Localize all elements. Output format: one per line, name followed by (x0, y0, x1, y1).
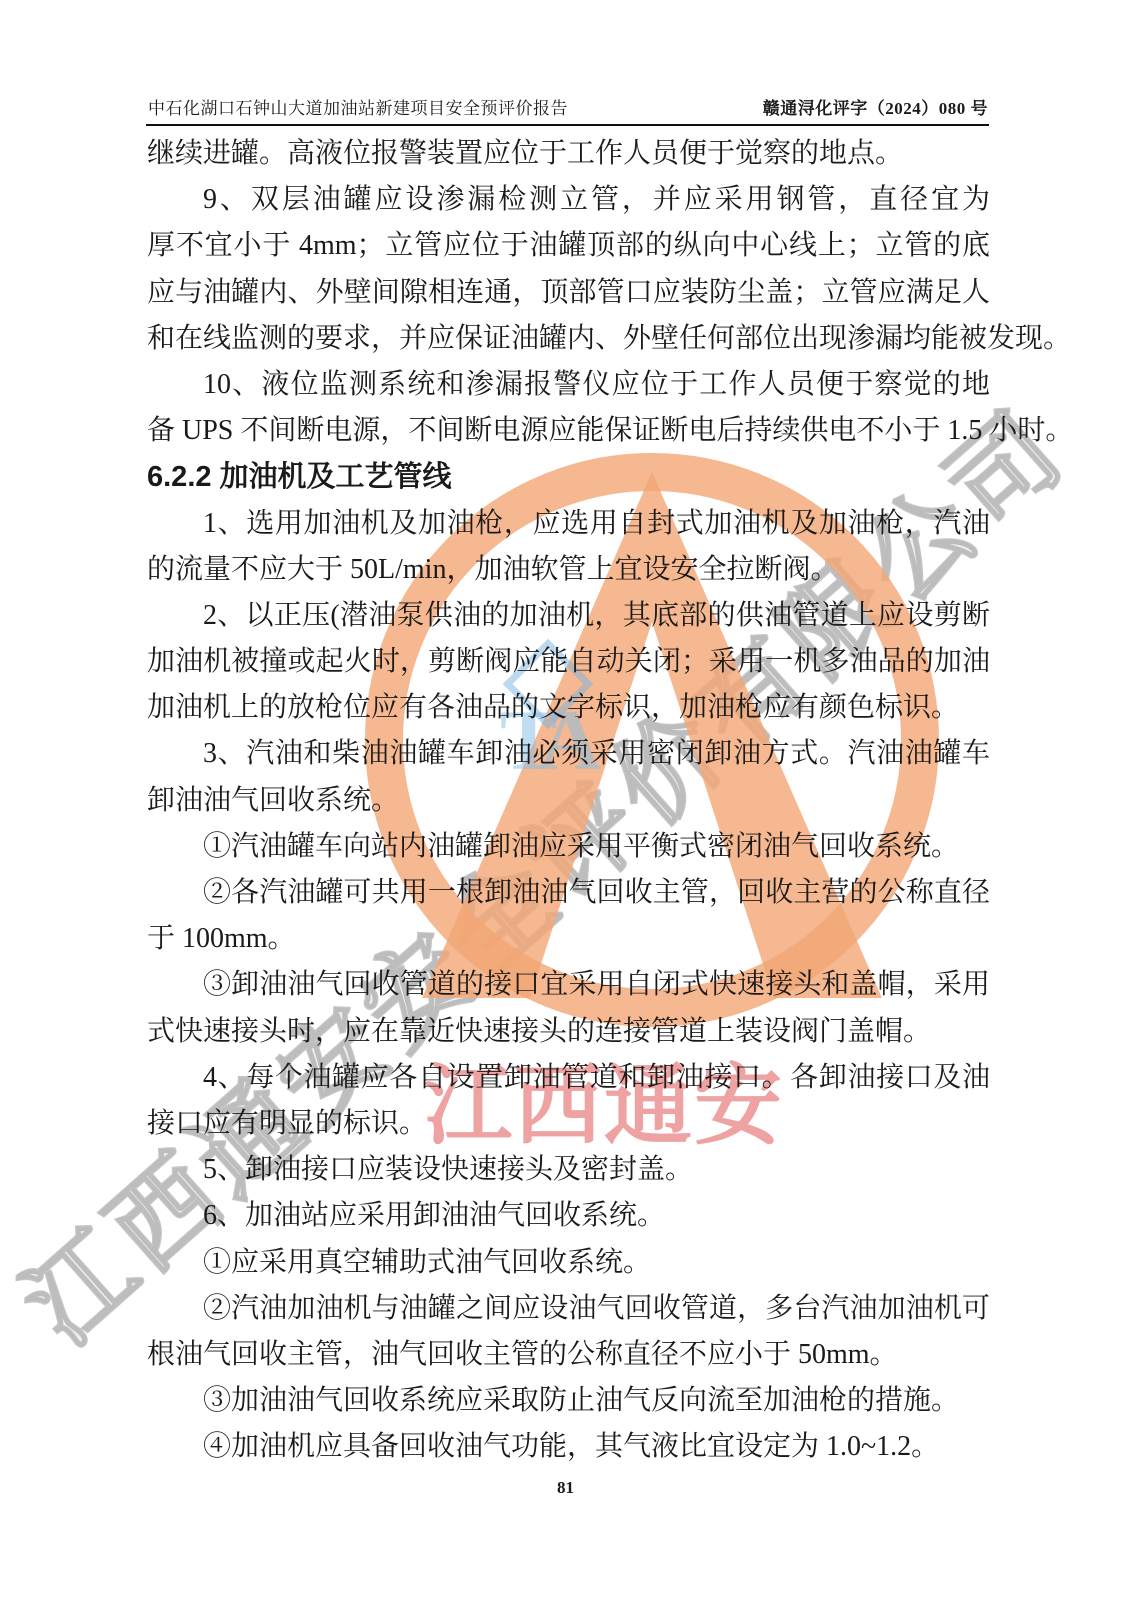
text-line: ①应采用真空辅助式油气回收系统。 (147, 1240, 990, 1286)
text-line: 加油机上的放枪位应有各油品的文字标识，加油枪应有颜色标识。 (147, 685, 990, 731)
text-line: 10、液位监测系统和渗漏报警仪应位于工作人员便于察觉的地点，且配 (147, 362, 990, 408)
page-number: 81 (0, 1478, 1131, 1498)
header-divider-line (146, 124, 989, 126)
body-lines: 继续进罐。高液位报警装置应位于工作人员便于觉察的地点。9、双层油罐应设渗漏检测立… (147, 131, 990, 1470)
text-line: 应与油罐内、外壁间隙相连通，顶部管口应装防尘盖；立管应满足人工检测 (147, 270, 990, 316)
text-line: 的流量不应大于 50L/min，加油软管上宜设安全拉断阀。 (147, 547, 990, 593)
text-line: 5、卸油接口应装设快速接头及密封盖。 (147, 1147, 990, 1193)
header-document-number: 赣通浔化评字（2024）080 号 (763, 94, 988, 119)
text-line: 继续进罐。高液位报警装置应位于工作人员便于觉察的地点。 (147, 131, 990, 177)
text-line: 于 100mm。 (147, 916, 990, 962)
text-line: 和在线监测的要求，并应保证油罐内、外壁任何部位出现渗漏均能被发现。 (147, 316, 990, 362)
text-line: ③卸油油气回收管道的接口宜采用自闭式快速接头和盖帽，采用非自闭 (147, 962, 990, 1008)
text-line: 2、以正压(潜油泵供油的加油机，其底部的供油管道上应设剪断阀，当 (147, 593, 990, 639)
text-line: 3、汽油和柴油油罐车卸油必须采用密闭卸油方式。汽油油罐车应具有 (147, 731, 990, 777)
text-line: ②汽油加油机与油罐之间应设油气回收管道，多台汽油加油机可共用 1 (147, 1286, 990, 1332)
text-line: ④加油机应具备回收油气功能，其气液比宜设定为 1.0~1.2。 (147, 1424, 990, 1470)
text-line: 式快速接头时，应在靠近快速接头的连接管道上装设阀门盖帽。 (147, 1009, 990, 1055)
text-line: ①汽油罐车向站内油罐卸油应采用平衡式密闭油气回收系统。 (147, 824, 990, 870)
text-line: 卸油油气回收系统。 (147, 778, 990, 824)
text-line: ②各汽油罐可共用一根卸油油气回收主管，回收主营的公称直径不宜小 (147, 870, 990, 916)
text-line: 6、加油站应采用卸油油气回收系统。 (147, 1193, 990, 1239)
text-line: 1、选用加油机及加油枪，应选用自封式加油机及加油枪，汽油加油枪 (147, 501, 990, 547)
text-line: 加油机被撞或起火时，剪断阀应能自动关闭；采用一机多油品的加油机时， (147, 639, 990, 685)
text-line: 接口应有明显的标识。 (147, 1101, 990, 1147)
text-line: ③加油油气回收系统应采取防止油气反向流至加油枪的措施。 (147, 1378, 990, 1424)
document-page: 江西通安安全评价有限公司 TA 江西通安 中石化湖口石钟山大道加油站新建项目安全… (0, 0, 1131, 1600)
text-line: 4、每个油罐应各自设置卸油管道和卸油接口。各卸油接口及油气回收 (147, 1055, 990, 1101)
section-heading: 6.2.2 加油机及工艺管线 (147, 454, 990, 500)
text-line: 根油气回收主管，油气回收主管的公称直径不应小于 50mm。 (147, 1332, 990, 1378)
header-report-title: 中石化湖口石钟山大道加油站新建项目安全预评价报告 (148, 94, 568, 119)
text-line: 备 UPS 不间断电源，不间断电源应能保证断电后持续供电不小于 1.5 小时。 (147, 408, 990, 454)
text-line: 9、双层油罐应设渗漏检测立管，并应采用钢管，直径宜为 80mm，壁 (147, 177, 990, 223)
text-line: 厚不宜小于 4mm；立管应位于油罐顶部的纵向中心线上；立管的底部管口 (147, 223, 990, 269)
